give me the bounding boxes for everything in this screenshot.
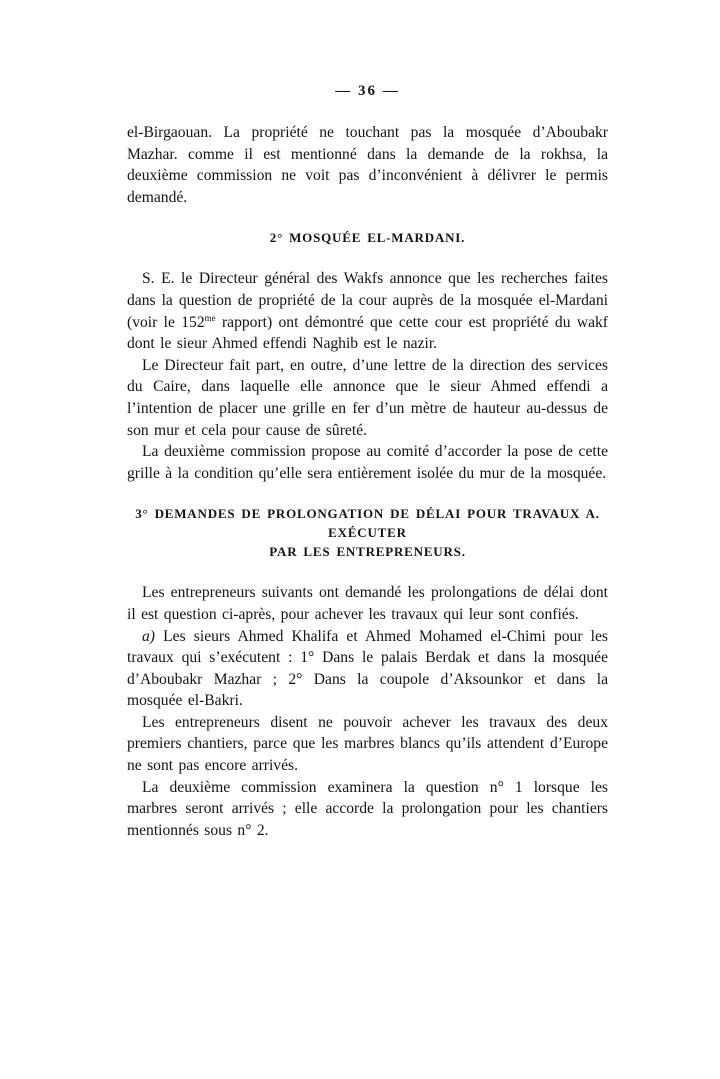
paragraph-text: Les sieurs Ahmed Khalifa et Ahmed Mohame… (127, 628, 608, 710)
superscript-ordinal: me (205, 312, 216, 322)
paragraph-birgaouan: el-Birgaouan. La propriété ne touchant p… (127, 122, 608, 208)
document-page: — 36 — el-Birgaouan. La propriété ne tou… (0, 0, 720, 1079)
list-marker-a: a) (142, 628, 155, 645)
page-number: — 36 — (127, 82, 608, 100)
paragraph-sieurs-khalifa: a) Les sieurs Ahmed Khalifa et Ahmed Moh… (127, 626, 608, 712)
paragraph-mardani-recherches: S. E. le Directeur général des Wakfs ann… (127, 268, 608, 354)
section-heading-3-demandes-prolongation: 3° DEMANDES DE PROLONGATION DE DÉLAI POU… (127, 504, 608, 561)
heading-line-2: PAR LES ENTREPRENEURS. (127, 542, 608, 561)
paragraph-commission-examinera: La deuxième commission examinera la ques… (127, 777, 608, 842)
paragraph-entrepreneurs-demande: Les entrepreneurs suivants ont demandé l… (127, 582, 608, 625)
paragraph-directeur-lettre: Le Directeur fait part, en outre, d’une … (127, 355, 608, 441)
section-heading-2-mosquee-el-mardani: 2° MOSQUÉE EL-MARDANI. (127, 228, 608, 247)
paragraph-marbres-blancs: Les entrepreneurs disent ne pouvoir ache… (127, 712, 608, 777)
heading-line-1: 3° DEMANDES DE PROLONGATION DE DÉLAI POU… (127, 504, 608, 542)
paragraph-commission-grille: La deuxième commission propose au comité… (127, 441, 608, 484)
text-block: — 36 — el-Birgaouan. La propriété ne tou… (127, 0, 608, 841)
